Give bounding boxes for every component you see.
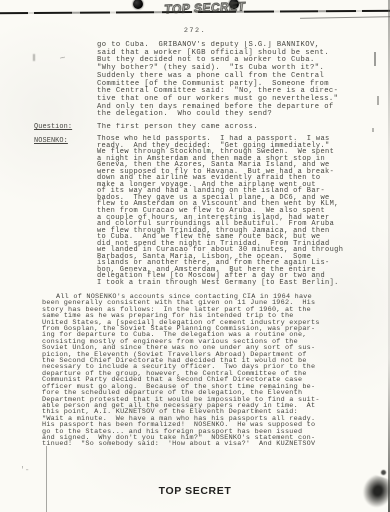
top-secret-stamp-top: TOP SECRET: [149, 0, 260, 17]
body-paragraph-quote-continuation: go to Cuba. GRIBANOV's deputy [S.G.] BAN…: [97, 42, 338, 119]
text-line: the delegation. Who could they send?: [97, 111, 338, 119]
ink-blob-dot: [381, 470, 386, 475]
smudge-mark: ~: [59, 53, 68, 65]
margin-mark: [372, 128, 374, 132]
margin-mark: [374, 52, 376, 66]
scan-artifact-line-right: [300, 16, 390, 19]
scanned-document-page: TOP SECRET ~ 272. go to Cuba. GRIBANOV's…: [0, 0, 390, 512]
smudge-mark: [33, 54, 35, 61]
text-line: I took a train through West Germany [to …: [97, 280, 343, 287]
question-speaker-label: Question:: [34, 123, 72, 131]
smudge-mark: '-: [20, 466, 30, 475]
text-line: tinued: "So somebody said: 'How about a …: [42, 441, 320, 447]
question-text: The first person they came across.: [97, 123, 258, 131]
top-secret-stamp-bottom: TOP SECRET: [0, 485, 390, 497]
hole-punch-left: [133, 0, 143, 9]
ink-blob: [358, 472, 390, 511]
scan-artifact-vertical-line: [46, 446, 47, 512]
body-paragraph-summary: All of NOSENKO's accounts since contacti…: [42, 294, 320, 448]
nosenko-answer-text: Those who held passports. I had a passpo…: [97, 136, 343, 287]
nosenko-speaker-label: NOSENKO:: [34, 137, 68, 145]
page-number: 272.: [0, 27, 390, 35]
margin-mark: [377, 96, 379, 105]
